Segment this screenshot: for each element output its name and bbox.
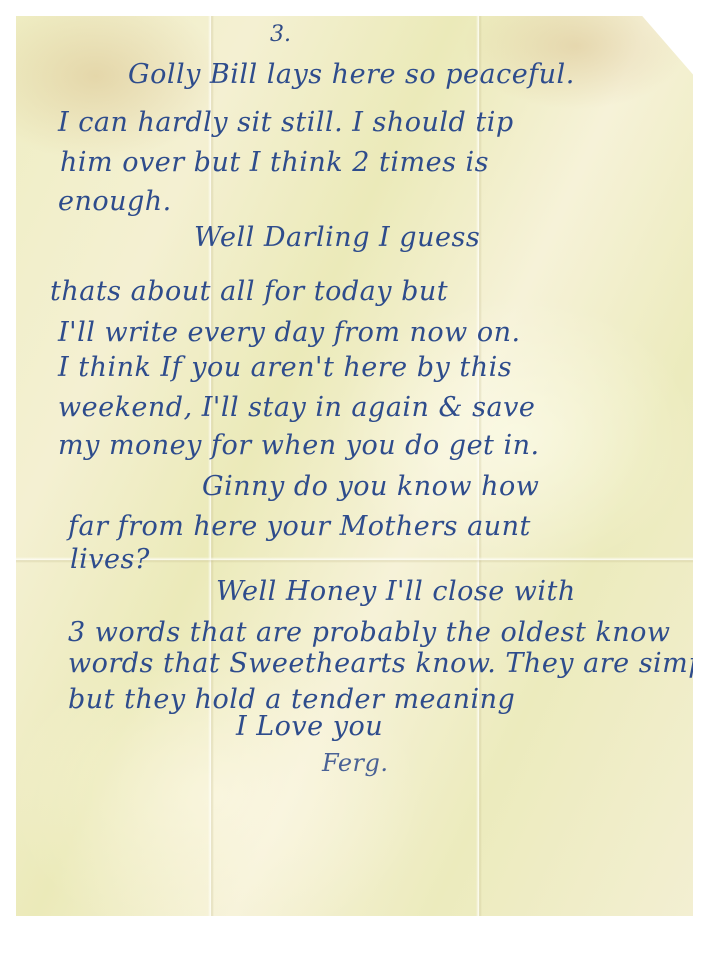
- letter-line: far from here your Mothers aunt: [68, 513, 531, 540]
- letter-line: thats about all for today but: [50, 278, 448, 305]
- letter-line: 3 words that are probably the oldest kno…: [68, 619, 671, 646]
- letter-line: I think If you aren't here by this: [58, 354, 512, 381]
- letter-line: my money for when you do get in.: [58, 432, 540, 459]
- letter-line: weekend, I'll stay in again & save: [58, 394, 535, 421]
- letter-line: enough.: [58, 188, 172, 215]
- page-number: 3.: [270, 22, 291, 47]
- letter-line: I'll write every day from now on.: [58, 319, 521, 346]
- letter-line: I can hardly sit still. I should tip: [58, 109, 514, 136]
- letter-line: Ginny do you know how: [202, 473, 539, 500]
- letter-line: Golly Bill lays here so peaceful.: [128, 61, 575, 88]
- letter-page: 3. Golly Bill lays here so peaceful. I c…: [16, 16, 693, 916]
- letter-line: lives?: [70, 546, 150, 573]
- letter-line: Well Honey I'll close with: [216, 578, 576, 605]
- letter-line: Well Darling I guess: [194, 224, 480, 251]
- letter-closing: I Love you: [236, 713, 383, 740]
- letter-line: him over but I think 2 times is: [60, 149, 489, 176]
- letter-line: but they hold a tender meaning: [68, 686, 515, 713]
- letter-line: words that Sweethearts know. They are si…: [68, 650, 720, 677]
- letter-signature: Ferg.: [322, 751, 389, 775]
